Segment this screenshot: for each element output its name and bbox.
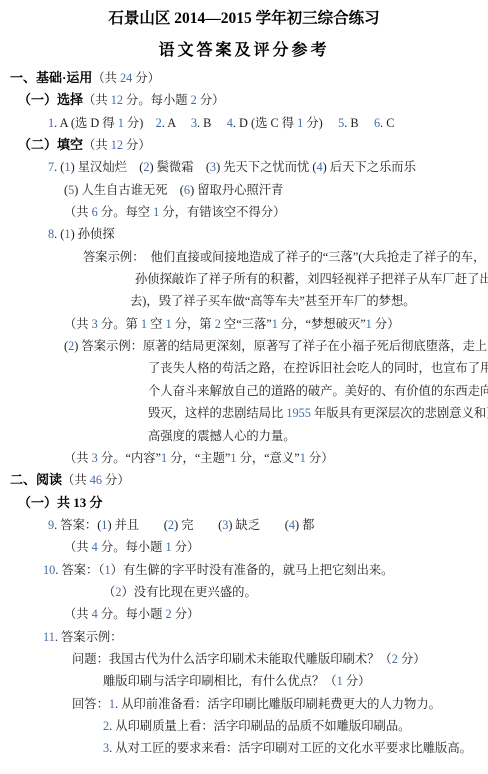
heading-text: （二）填空 [18,137,83,152]
text-segment: 分。每小题 [98,607,166,621]
text-segment: 回答： [72,697,109,711]
doc-line: 7. (1) 星汉灿烂 (2) 鬓微霜 (3) 先天下之忧而忧 (4) 后天下之… [0,156,488,178]
number-text: 24 [120,71,132,85]
text-segment: . 答案：( [54,518,101,532]
text-segment: 个人奋斗来解放自己的道路的破产。美好的、有价值的东西走向 [148,384,488,398]
text-segment: ) 星汉灿烂 ( [71,160,144,174]
text-segment: 年版具有更深层次的悲剧意义和更 [311,406,488,420]
number-text: 12 [111,138,123,152]
heading-line: 一、基础·运用（共 24 分） [0,67,488,89]
text-segment: . B [344,116,374,130]
text-segment: 毁灭，这样的悲剧结局比 [148,406,286,420]
text-segment: 分，“意义” [237,451,300,465]
text-segment: 雕版印刷与活字印刷相比，有什么优点？（ [103,674,337,688]
text-segment: . 从印前准备看：活字印刷比雕版印刷耗费更大的人力物力。 [115,697,441,711]
doc-line: 高强度的震撼人心的力量。 [0,425,488,447]
text-segment: ) 人生自古谁无死 ( [74,183,184,197]
text-segment: （共 [64,205,92,219]
text-segment: ）没有比现在更兴盛的。 [121,585,256,599]
text-segment: 分。每小题 [98,540,166,554]
text-segment: 分) [124,116,156,130]
text-segment: 分。每空 [98,205,153,219]
number-text: 10 [43,563,55,577]
text-segment: （共 [62,473,90,487]
doc-line: 孙侦探敲诈了祥子所有的积蓄，刘四轻视祥子把祥子从车厂赶了出 [0,268,488,290]
text-segment: . ( [54,227,64,241]
text-segment: 分） [343,674,371,688]
text-segment: ) 鬓微霜 ( [149,160,209,174]
doc-line: （共 3 分。第 1 空 1 分，第 2 空“三落”1 分，“梦想破灭”1 分） [0,313,488,335]
number-text: 1955 [286,406,311,420]
heading-line: （二）填空（共 12 分） [0,134,488,156]
text-segment: . ( [54,160,64,174]
doc-line: 9. 答案：(1) 并且 (2) 完 (3) 缺乏 (4) 都 [0,514,488,536]
text-segment: 答案示例： 他们直接或间接地造成了祥子的“三落”(大兵抢走了祥子的车， [83,250,485,264]
text-segment: ) 都 [295,518,314,532]
heading-line: （一）选择（共 12 分。每小题 2 分） [0,89,488,111]
number-text: 12 [111,93,123,107]
text-segment: （共 [64,317,92,331]
text-segment: 分，第 [172,317,215,331]
text-segment: （共 [83,93,111,107]
text-segment: 分） [372,317,400,331]
text-segment: ) 并且 ( [107,518,167,532]
heading-text: （一）共 13 分 [18,495,103,510]
text-segment: ) 留取丹心照汗青 [190,183,283,197]
text-segment: （ [103,585,115,599]
text-segment: . 从印刷质量上看：活字印刷品的品质不如雕版印刷品。 [109,719,410,733]
text-segment: 分） [102,473,130,487]
text-segment: . B [197,116,227,130]
text-segment: ）有生僻的字平时没有准备的，就马上把它刻出来。 [111,563,394,577]
doc-line: (5) 人生自古谁无死 (6) 留取丹心照汗青 [0,179,488,201]
text-segment: 分。第 [98,317,141,331]
doc-line: 毁灭，这样的悲剧结局比 1955 年版具有更深层次的悲剧意义和更 [0,402,488,424]
text-segment: 分，“主题” [167,451,230,465]
text-segment: （共 [64,540,92,554]
document-subtitle: 语文答案及评分参考 [0,37,488,60]
text-segment: 了丧失人格的苟活之路，在控诉旧社会吃人的同时，也宣布了用 [148,361,488,375]
text-segment: . A (选 D 得 [54,116,118,130]
text-segment: 分） [123,138,151,152]
doc-line: 10. 答案：（1）有生僻的字平时没有准备的，就马上把它刻出来。 [0,559,488,581]
text-segment: 分） [172,540,200,554]
text-segment: （共 [83,138,111,152]
text-segment: 去)，毁了祥子买车做“高等车夫”甚至开车厂的梦想。 [130,294,416,308]
number-text: 11 [43,630,55,644]
doc-line: 8. (1) 孙侦探 [0,223,488,245]
text-segment: 分，“梦想破灭” [278,317,366,331]
text-segment: 高强度的震撼人心的力量。 [148,429,296,443]
text-segment: ) 孙侦探 [71,227,115,241]
text-segment: . 从对工匠的要求来看：活字印刷对工匠的文化水平要求比雕版高。 [109,741,472,755]
doc-line: 答案示例： 他们直接或间接地造成了祥子的“三落”(大兵抢走了祥子的车， [0,246,488,268]
text-segment: 分，有错该空不得分） [159,205,285,219]
text-segment: . A [162,116,191,130]
doc-line: 3. 从对工匠的要求来看：活字印刷对工匠的文化水平要求比雕版高。 [0,737,488,759]
text-segment: 分） [398,652,426,666]
doc-line: 个人奋斗来解放自己的道路的破产。美好的、有价值的东西走向 [0,380,488,402]
heading-text: （一）选择 [18,92,83,107]
text-segment: ) 后天下之乐而乐 [323,160,416,174]
heading-line: 二、阅读（共 46 分） [0,469,488,491]
text-segment: . 答案：（ [55,563,104,577]
doc-line: （共 6 分。每空 1 分，有错该空不得分） [0,201,488,223]
text-segment: . C [380,116,394,130]
text-segment: ) 先天下之忧而忧 ( [216,160,316,174]
doc-line: 去)，毁了祥子买车做“高等车夫”甚至开车厂的梦想。 [0,290,488,312]
text-segment: （共 [64,607,92,621]
heading-line: （一）共 13 分 [0,492,488,514]
doc-line: （共 3 分。“内容”1 分，“主题”1 分，“意义”1 分） [0,447,488,469]
doc-line: 了丧失人格的苟活之路，在控诉旧社会吃人的同时，也宣布了用 [0,357,488,379]
text-segment: ) 答案示例：原著的结局更深刻，原著写了祥子在小福子死后彻底堕落，走上 [74,339,487,353]
text-segment: （共 [64,451,92,465]
text-segment: . 答案示例： [55,630,123,644]
text-segment: ) 缺乏 ( [228,518,288,532]
doc-line: 雕版印刷与活字印刷相比，有什么优点？（1 分） [0,670,488,692]
text-segment: 分) [303,116,338,130]
text-segment: 分） [306,451,334,465]
heading-text: 二、阅读 [10,472,62,487]
doc-line: 1. A (选 D 得 1 分) 2. A 3. B 4. D (选 C 得 1… [0,112,488,134]
number-text: 46 [90,473,102,487]
text-segment: 分。每小题 [123,93,191,107]
text-segment: 分） [172,607,200,621]
heading-text: 一、基础·运用 [10,70,92,85]
text-segment: 空“三落” [221,317,272,331]
doc-line: (2) 答案示例：原著的结局更深刻，原著写了祥子在小福子死后彻底堕落，走上 [0,335,488,357]
document-body: 一、基础·运用（共 24 分）（一）选择（共 12 分。每小题 2 分）1. A… [0,67,488,760]
text-segment: 问题：我国古代为什么活字印刷术未能取代雕版印刷术？（ [72,652,392,666]
text-segment: （共 [92,71,120,85]
doc-line: 2. 从印刷质量上看：活字印刷品的品质不如雕版印刷品。 [0,715,488,737]
document-title: 石景山区 2014—2015 学年初三综合练习 [0,6,488,28]
text-segment: ) 完 ( [174,518,222,532]
text-segment: 分） [197,93,225,107]
text-segment: 空 [147,317,165,331]
doc-line: （2）没有比现在更兴盛的。 [0,581,488,603]
text-segment: 分） [132,71,160,85]
doc-line: （共 4 分。每小题 1 分） [0,536,488,558]
doc-line: （共 4 分。每小题 2 分） [0,603,488,625]
text-segment: . D (选 C 得 [233,116,297,130]
text-segment: 孙侦探敲诈了祥子所有的积蓄，刘四轻视祥子把祥子从车厂赶了出 [135,272,488,286]
doc-line: 问题：我国古代为什么活字印刷术未能取代雕版印刷术？（2 分） [0,648,488,670]
text-segment: 分。“内容” [98,451,161,465]
doc-line: 回答：1. 从印前准备看：活字印刷比雕版印刷耗费更大的人力物力。 [0,693,488,715]
doc-line: 11. 答案示例： [0,626,488,648]
